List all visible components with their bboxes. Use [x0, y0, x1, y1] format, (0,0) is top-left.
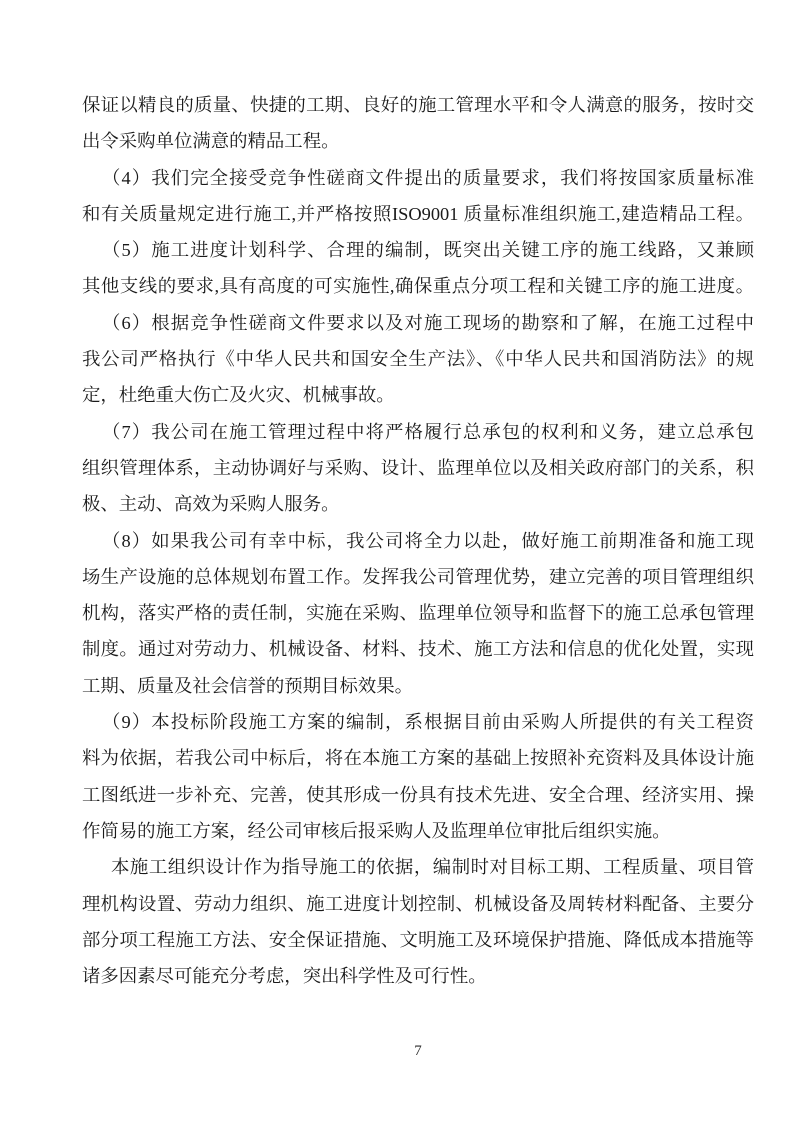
- text-line: 工图纸进一步补充、完善，使其形成一份具有技术先进、安全合理、经济实用、操: [82, 777, 754, 813]
- text-line: 定，杜绝重大伤亡及火灾、机械事故。: [82, 377, 754, 413]
- text-line: （9）本投标阶段施工方案的编制，系根据目前由采购人所提供的有关工程资: [82, 704, 754, 740]
- document-page: 保证以精良的质量、快捷的工期、良好的施工管理水平和令人满意的服务，按时交 出令采…: [0, 0, 794, 1122]
- text-line: 作简易的施工方案，经公司审核后报采购人及监理单位审批后组织实施。: [82, 813, 754, 849]
- text-line: 场生产设施的总体规划布置工作。发挥我公司管理优势，建立完善的项目管理组织: [82, 559, 754, 595]
- text-line: 和有关质量规定进行施工,并严格按照ISO9001 质量标准组织施工,建造精品工程…: [82, 196, 754, 232]
- text-line: （6）根据竞争性磋商文件要求以及对施工现场的勘察和了解，在施工过程中: [82, 305, 754, 341]
- text-line: （5）施工进度计划科学、合理的编制，既突出关键工序的施工线路，又兼顾: [82, 232, 754, 268]
- paragraph-item-8: （8）如果我公司有幸中标，我公司将全力以赴，做好施工前期准备和施工现 场生产设施…: [82, 523, 754, 704]
- paragraph-item-7: （7）我公司在施工管理过程中将严格履行总承包的权利和义务，建立总承包 组织管理体…: [82, 414, 754, 523]
- text-line: 制度。通过对劳动力、机械设备、材料、技术、施工方法和信息的优化处置，实现: [82, 631, 754, 667]
- page-footer: 7: [82, 1040, 754, 1062]
- text-line: 理机构设置、劳动力组织、施工进度计划控制、机械设备及周转材料配备、主要分: [82, 886, 754, 922]
- paragraph-item-9: （9）本投标阶段施工方案的编制，系根据目前由采购人所提供的有关工程资 料为依据，…: [82, 704, 754, 849]
- text-line: （7）我公司在施工管理过程中将严格履行总承包的权利和义务，建立总承包: [82, 414, 754, 450]
- text-line: 极、主动、高效为采购人服务。: [82, 486, 754, 522]
- text-line: 工期、质量及社会信誉的预期目标效果。: [82, 668, 754, 704]
- text-line: 本施工组织设计作为指导施工的依据，编制时对目标工期、工程质量、项目管: [82, 849, 754, 885]
- text-line: （8）如果我公司有幸中标，我公司将全力以赴，做好施工前期准备和施工现: [82, 523, 754, 559]
- text-line: （4）我们完全接受竞争性磋商文件提出的质量要求，我们将按国家质量标准: [82, 160, 754, 196]
- document-body: 保证以精良的质量、快捷的工期、良好的施工管理水平和令人满意的服务，按时交 出令采…: [82, 87, 754, 994]
- text-line: 料为依据，若我公司中标后，将在本施工方案的基础上按照补充资料及具体设计施: [82, 740, 754, 776]
- paragraph-closing: 本施工组织设计作为指导施工的依据，编制时对目标工期、工程质量、项目管 理机构设置…: [82, 849, 754, 994]
- text-line: 诸多因素尽可能充分考虑，突出科学性及可行性。: [82, 958, 754, 994]
- text-line: 出令采购单位满意的精品工程。: [82, 123, 754, 159]
- paragraph-item-4: （4）我们完全接受竞争性磋商文件提出的质量要求，我们将按国家质量标准 和有关质量…: [82, 160, 754, 233]
- paragraph-item-6: （6）根据竞争性磋商文件要求以及对施工现场的勘察和了解，在施工过程中 我公司严格…: [82, 305, 754, 414]
- paragraph-item-5: （5）施工进度计划科学、合理的编制，既突出关键工序的施工线路，又兼顾 其他支线的…: [82, 232, 754, 305]
- paragraph-continuation: 保证以精良的质量、快捷的工期、良好的施工管理水平和令人满意的服务，按时交 出令采…: [82, 87, 754, 160]
- text-line: 机构，落实严格的责任制，实施在采购、监理单位领导和监督下的施工总承包管理: [82, 595, 754, 631]
- text-line: 保证以精良的质量、快捷的工期、良好的施工管理水平和令人满意的服务，按时交: [82, 87, 754, 123]
- text-line: 组织管理体系，主动协调好与采购、设计、监理单位以及相关政府部门的关系，积: [82, 450, 754, 486]
- text-line: 部分项工程施工方法、安全保证措施、文明施工及环境保护措施、降低成本措施等: [82, 922, 754, 958]
- text-line: 其他支线的要求,具有高度的可实施性,确保重点分项工程和关键工序的施工进度。: [82, 268, 754, 304]
- page-number: 7: [414, 1043, 422, 1059]
- text-line: 我公司严格执行《中华人民共和国安全生产法》、《中华人民共和国消防法》的规: [82, 341, 754, 377]
